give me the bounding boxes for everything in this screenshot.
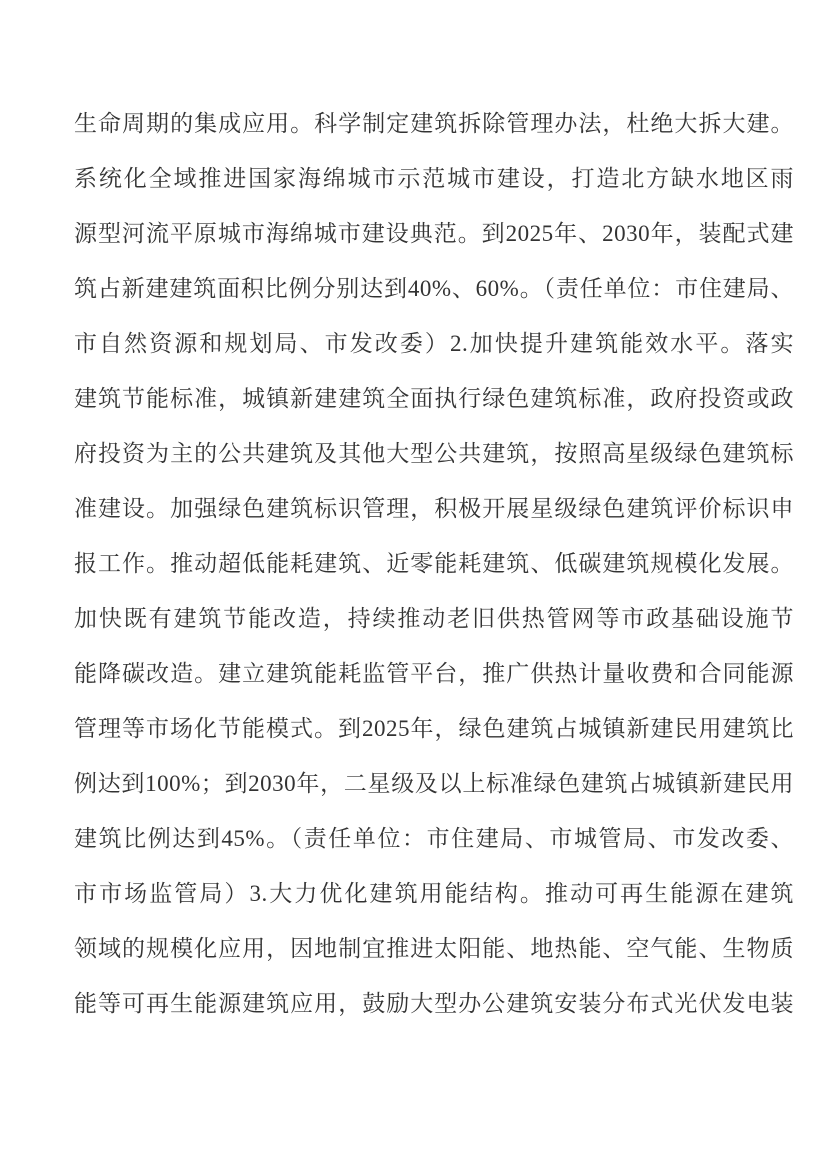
document-line: 管理等市场化节能模式。到2025年，绿色建筑占城镇新建民用建筑比	[74, 701, 794, 756]
document-line: 府投资为主的公共建筑及其他大型公共建筑，按照高星级绿色建筑标	[74, 426, 794, 481]
document-page: 生命周期的集成应用。科学制定建筑拆除管理办法，杜绝大拆大建。 系统化全域推进国家…	[0, 0, 826, 1169]
document-line: 报工作。推动超低能耗建筑、近零能耗建筑、低碳建筑规模化发展。	[74, 536, 794, 591]
document-line: 领域的规模化应用，因地制宜推进太阳能、地热能、空气能、生物质	[74, 921, 794, 976]
document-line: 系统化全域推进国家海绵城市示范城市建设，打造北方缺水地区雨	[74, 151, 794, 206]
document-line: 例达到100%；到2030年，二星级及以上标准绿色建筑占城镇新建民用	[74, 756, 794, 811]
document-line: 源型河流平原城市海绵城市建设典范。到2025年、2030年，装配式建	[74, 206, 794, 261]
document-line: 市自然资源和规划局、市发改委）2.加快提升建筑能效水平。落实	[74, 316, 794, 371]
document-line: 能等可再生能源建筑应用，鼓励大型办公建筑安装分布式光伏发电装	[74, 976, 794, 1031]
document-line: 筑占新建建筑面积比例分别达到40%、60%。（责任单位：市住建局、	[74, 261, 794, 316]
document-line: 市市场监管局）3.大力优化建筑用能结构。推动可再生能源在建筑	[74, 866, 794, 921]
document-line: 建筑比例达到45%。（责任单位：市住建局、市城管局、市发改委、	[74, 811, 794, 866]
document-line: 加快既有建筑节能改造，持续推动老旧供热管网等市政基础设施节	[74, 591, 794, 646]
document-line: 生命周期的集成应用。科学制定建筑拆除管理办法，杜绝大拆大建。	[74, 96, 794, 151]
document-line: 能降碳改造。建立建筑能耗监管平台，推广供热计量收费和合同能源	[74, 646, 794, 701]
paragraph-block: 生命周期的集成应用。科学制定建筑拆除管理办法，杜绝大拆大建。 系统化全域推进国家…	[74, 96, 794, 1031]
document-line: 准建设。加强绿色建筑标识管理，积极开展星级绿色建筑评价标识申	[74, 481, 794, 536]
document-line: 建筑节能标准，城镇新建建筑全面执行绿色建筑标准，政府投资或政	[74, 371, 794, 426]
